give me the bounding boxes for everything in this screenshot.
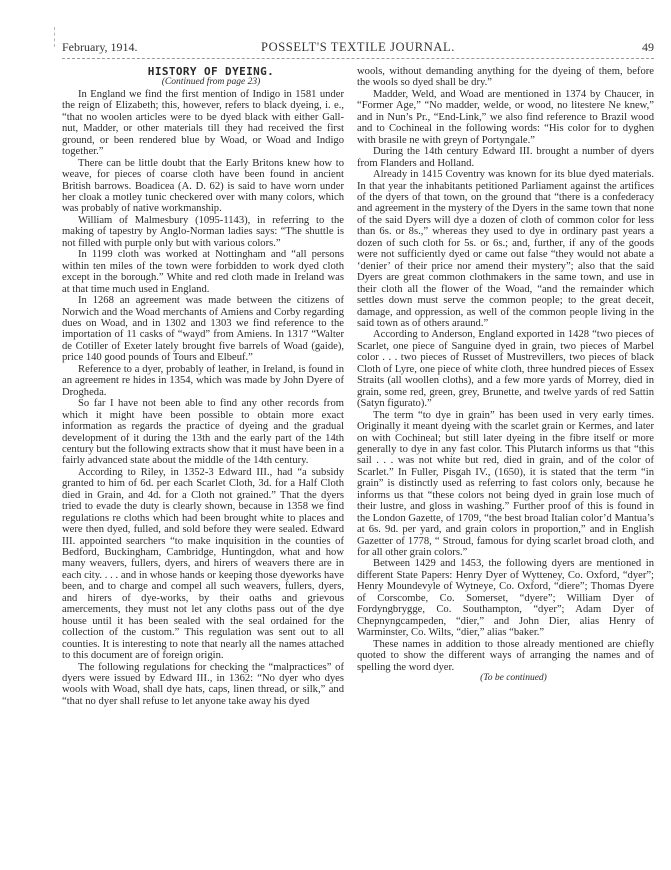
- to-be-continued-note: (To be continued): [357, 673, 654, 684]
- paragraph: The term “to dye in grain” has been used…: [357, 410, 654, 559]
- page-header: February, 1914. POSSELT'S TEXTILE JOURNA…: [62, 40, 654, 58]
- paragraph: According to Anderson, England exported …: [357, 329, 654, 409]
- paragraph: During the 14th century Edward III. brou…: [357, 146, 654, 169]
- paragraph: In England we find the first mention of …: [62, 89, 344, 158]
- paragraph: The following regulations for checking t…: [62, 662, 344, 708]
- paragraph: There can be little doubt that the Early…: [62, 158, 344, 215]
- paragraph-continued: wools, without demanding anything for th…: [357, 66, 654, 89]
- margin-binding-mark: [54, 27, 56, 47]
- paragraph: Between 1429 and 1453, the following dye…: [357, 558, 654, 638]
- paragraph: Already in 1415 Coventry was known for i…: [357, 169, 654, 329]
- paragraph: In 1268 an agreement was made between th…: [62, 295, 344, 364]
- paragraph: William of Malmesbury (1095-1143), in re…: [62, 215, 344, 249]
- paragraph: These names in addition to those already…: [357, 639, 654, 673]
- header-rule: [62, 58, 654, 59]
- paragraph: In 1199 cloth was worked at Nottingham a…: [62, 249, 344, 295]
- paragraph: According to Riley, in 1352-3 Edward III…: [62, 467, 344, 662]
- left-column: HISTORY OF DYEING. (Continued from page …: [62, 66, 344, 707]
- right-column: wools, without demanding anything for th…: [357, 66, 654, 684]
- article-subtitle: (Continued from page 23): [62, 77, 344, 88]
- paragraph: So far I have not been able to find any …: [62, 398, 344, 467]
- journal-title: POSSELT'S TEXTILE JOURNAL.: [62, 40, 654, 55]
- paragraph: Reference to a dyer, probably of leather…: [62, 364, 344, 398]
- article-title: HISTORY OF DYEING.: [62, 66, 344, 77]
- paragraph: Madder, Weld, and Woad are mentioned in …: [357, 89, 654, 146]
- page-number: 49: [642, 40, 654, 55]
